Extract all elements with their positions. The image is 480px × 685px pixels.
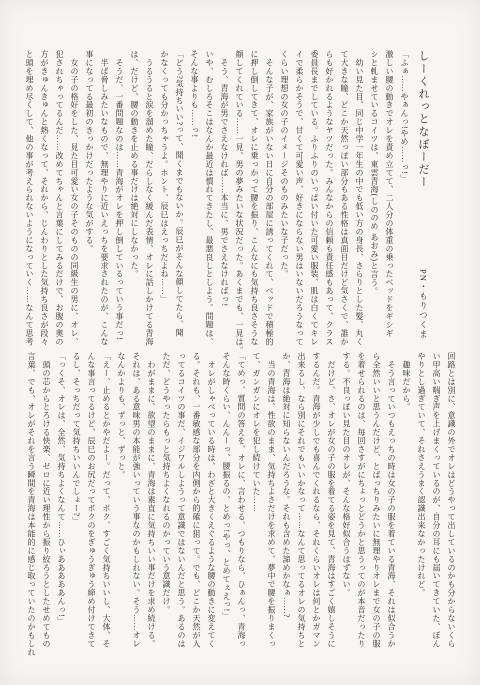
text-column: 女の子の格好をした、見た目可愛い女の子そのものの同級生の男に、オレ、 [67, 50, 82, 339]
text-column: そんな事よりも……っ! [187, 50, 202, 339]
text-column: 出来るし、なら別にそれでもいいかなって……なんて思ってるオレの気持ちと [294, 352, 309, 663]
text-column: は、だけど、腰の動きを止める事だけは絶対にしなかった。 [127, 50, 142, 339]
text-column: ら全然いいと思うんだけど、とばっちりみたいに無理やりオレまで女の子の服 [369, 352, 384, 663]
text-column: 当の青海は、性欲のまま、気持ちよさだけを求めて、夢中で腰を振りまくっ [264, 352, 279, 663]
text-column: に押し倒してきて、オレに乗っかって腰を振り、こんなにも気持ち良さそうな [247, 50, 262, 339]
text-column: そう、青海が男でさえなければ……本当に、男でさえなければっ! [217, 50, 232, 339]
text-column: そんな時くらい、んんーっ、腰振るの、とめっ!やっ、とめてぇえっ!」 [219, 352, 234, 663]
text-column: 「ふぁ……やぁんっ!やめ……っ!」 [397, 50, 412, 339]
text-column: 「てめっ、質問の答えを、オレに、言わせる、つもりなら、ひぁんっ、青海っ [234, 352, 249, 663]
text-column: くらい理想の女の子のイメージそのものみたいな子だった。 [277, 50, 292, 339]
text-column: ただ、どうやったらもっと気持ちよくなれるのかっていう意識だけ。 [159, 352, 174, 663]
text-column: 半ば脅しみたいなもので、無理やりに近いえっちを要求されたのが、こんな [97, 50, 112, 339]
text-column: そう言っていつもえっちの時は女の子の服を着ている青海、それは似合うか [384, 352, 399, 663]
text-column: いや、むしろそこはなんか最近は慣れてきたし、最悪良しとしよう。問題は、 [202, 50, 217, 339]
text-column: 「どう?気持ちいい?って、聞くまでもないか。辰巳がそんな顔してたら、聞 [172, 50, 187, 339]
text-column: て、ガンガンにオレを犯し続けていた…… [249, 352, 264, 663]
text-column: る。それも、一番敏感な部分を内側から的確に狙って。でも、どこか天然が入 [189, 352, 204, 663]
text-column: 事になってる最初のきっかけだったような気がする。 [82, 50, 97, 339]
text-column: と頭を埋め尽くして、他の事が考えられないようになっていく……なんて思考 [22, 50, 37, 339]
text-column: それは、ある意味男の本能が強いっていう事なのかもしれない。そう……オレ [129, 352, 144, 663]
text-column: やりとし過ぎていて、それさえうまく認識出来なかったけれど。 [414, 352, 429, 663]
text-column: シと軋ませているコイツは、東雲青海(しののめ あおみ)と言う。 [367, 50, 382, 339]
text-column: するんだ。青海が少しでも喜んでくれるなら、それくらいオレは何とかガマン [309, 352, 324, 663]
text-column: 「えー、止めるとかやだよー。だって、ボク、すごく気持ちいいし、大体、そ [99, 352, 114, 663]
text-column: ってるコイツの事だ、イジワルしようって意識ではないんだと思う。あるのは [174, 352, 189, 663]
text-column: かなくっても分かっちゃうよ。ホント、辰巳はえっちだよね……」 [157, 50, 172, 339]
text-column: 回路とは別に、意識の外でオレはどうやって出しているのかも分からないくら [444, 352, 459, 663]
text-column: い甲高い喘ぎ声を上げまくっているのが、自分の耳にも届いてきていた、ぼん [429, 352, 444, 663]
text-column: オレがしゃべっている時は、わざと大きくえぐるような腰の動きに変えてく [204, 352, 219, 663]
text-column: うるうると涙を溜めた瞳、だらしなく緩んだ表情、オレに話しかけてる青海 [142, 50, 157, 339]
text-column: イで柔らかそうで、甘くて可愛い声、好きにならない男はいないだろうなって [292, 50, 307, 339]
text-column: て大きな瞳、どこか天然っぽい部分もある性格は真面目だけど気さくで、誰か [337, 50, 352, 339]
text-column: 頭の芯からとろける快楽、ゼロに近い理性から振り絞ろうとしたせめてもの [39, 352, 54, 663]
text-column: か、青海は絶対に知らないんだろうな。それも含めた諦めかなぁ……? [279, 352, 294, 663]
text-column: んな事言ってるけど、辰巳のお尻だってボクのをぎゅうぎゅう締め付けてきて [84, 352, 99, 663]
bottom-text-block: 回路とは別に、意識の外でオレはどうやって出しているのかも分からないくら い甲高い… [24, 352, 459, 663]
text-column: 幼い見た目、同じ中学一年生の中でも低い方の身長、さらりとした髪、丸く [352, 50, 367, 339]
text-column: 激しい腰の動きでオレを責め立てて、二人分の体重の乗ったベッドをギシギ [382, 50, 397, 339]
text-column: 委員長までしている。ふりふりのいっぱい付いた可愛い服装、肌は白くてキレ [307, 50, 322, 339]
text-column: だけど、さ、オレが女の子の服を着てる姿を見て、青海はすごく嬉しそうに [324, 352, 339, 663]
text-column: そんな子が、家族がいない日に自分の部屋に誘ってくれて、ベッドで積極的 [262, 50, 277, 339]
text-column: 犯されちゃってるんだ……改めてちゃんと言葉にしてみるだけで、お腹の奥の [52, 50, 67, 339]
text-column: 趣味だから。 [399, 352, 414, 663]
text-column: そうだ、一番問題なのは……青海がオレを押し倒しているっていう事だっ! [112, 50, 127, 339]
text-column: を着せられるのは、毎回さすがにちょっとどうかと思うってのが本音だったり [354, 352, 369, 663]
text-column: なんかよりも、ずっと、ずっと。 [114, 352, 129, 663]
text-column: らも好かれるようなヤツだった。みんなからの信頼も責任感もあって、クラス [322, 50, 337, 339]
title-column: しーくれっとなぼーだー PN・もりつくま [412, 50, 434, 339]
text-column: 「っくそ、オレは、全然、気持ちよくなんて……ひぃあああああんっ!」 [54, 352, 69, 663]
story-title: しーくれっとなぼーだー [417, 50, 429, 189]
novel-page: しーくれっとなぼーだー PN・もりつくま 「ふぁ……やぁんっ!やめ……っ!」 激… [0, 0, 480, 685]
text-column: 方がきゅんきゅんと熱くなって、それから、じんわりとした気持ち良さが段々 [37, 50, 52, 339]
top-text-block: しーくれっとなぼーだー PN・もりつくま 「ふぁ……やぁんっ!やめ……っ!」 激… [22, 50, 434, 339]
text-column: わがままに、欲望のままに、青海は素直に気持ちいい事だけを求め続ける。 [144, 352, 159, 663]
text-column: する。不良っぽい見た目のオレが、そんな格好似合うはずない。 [339, 352, 354, 663]
text-column: 顔してくれている……一見、男の夢みたいな状況だった。あくまでも、一見は。 [232, 50, 247, 339]
text-column: 言葉、でも、オレがそれを言う瞬間を青海は本能的に感じ取っていたのかもしれ [24, 352, 39, 663]
text-column: るし、そっちだって気持ちいいんでしょー?」 [69, 352, 84, 663]
author-pen-name: PN・もりつくま [413, 269, 434, 339]
